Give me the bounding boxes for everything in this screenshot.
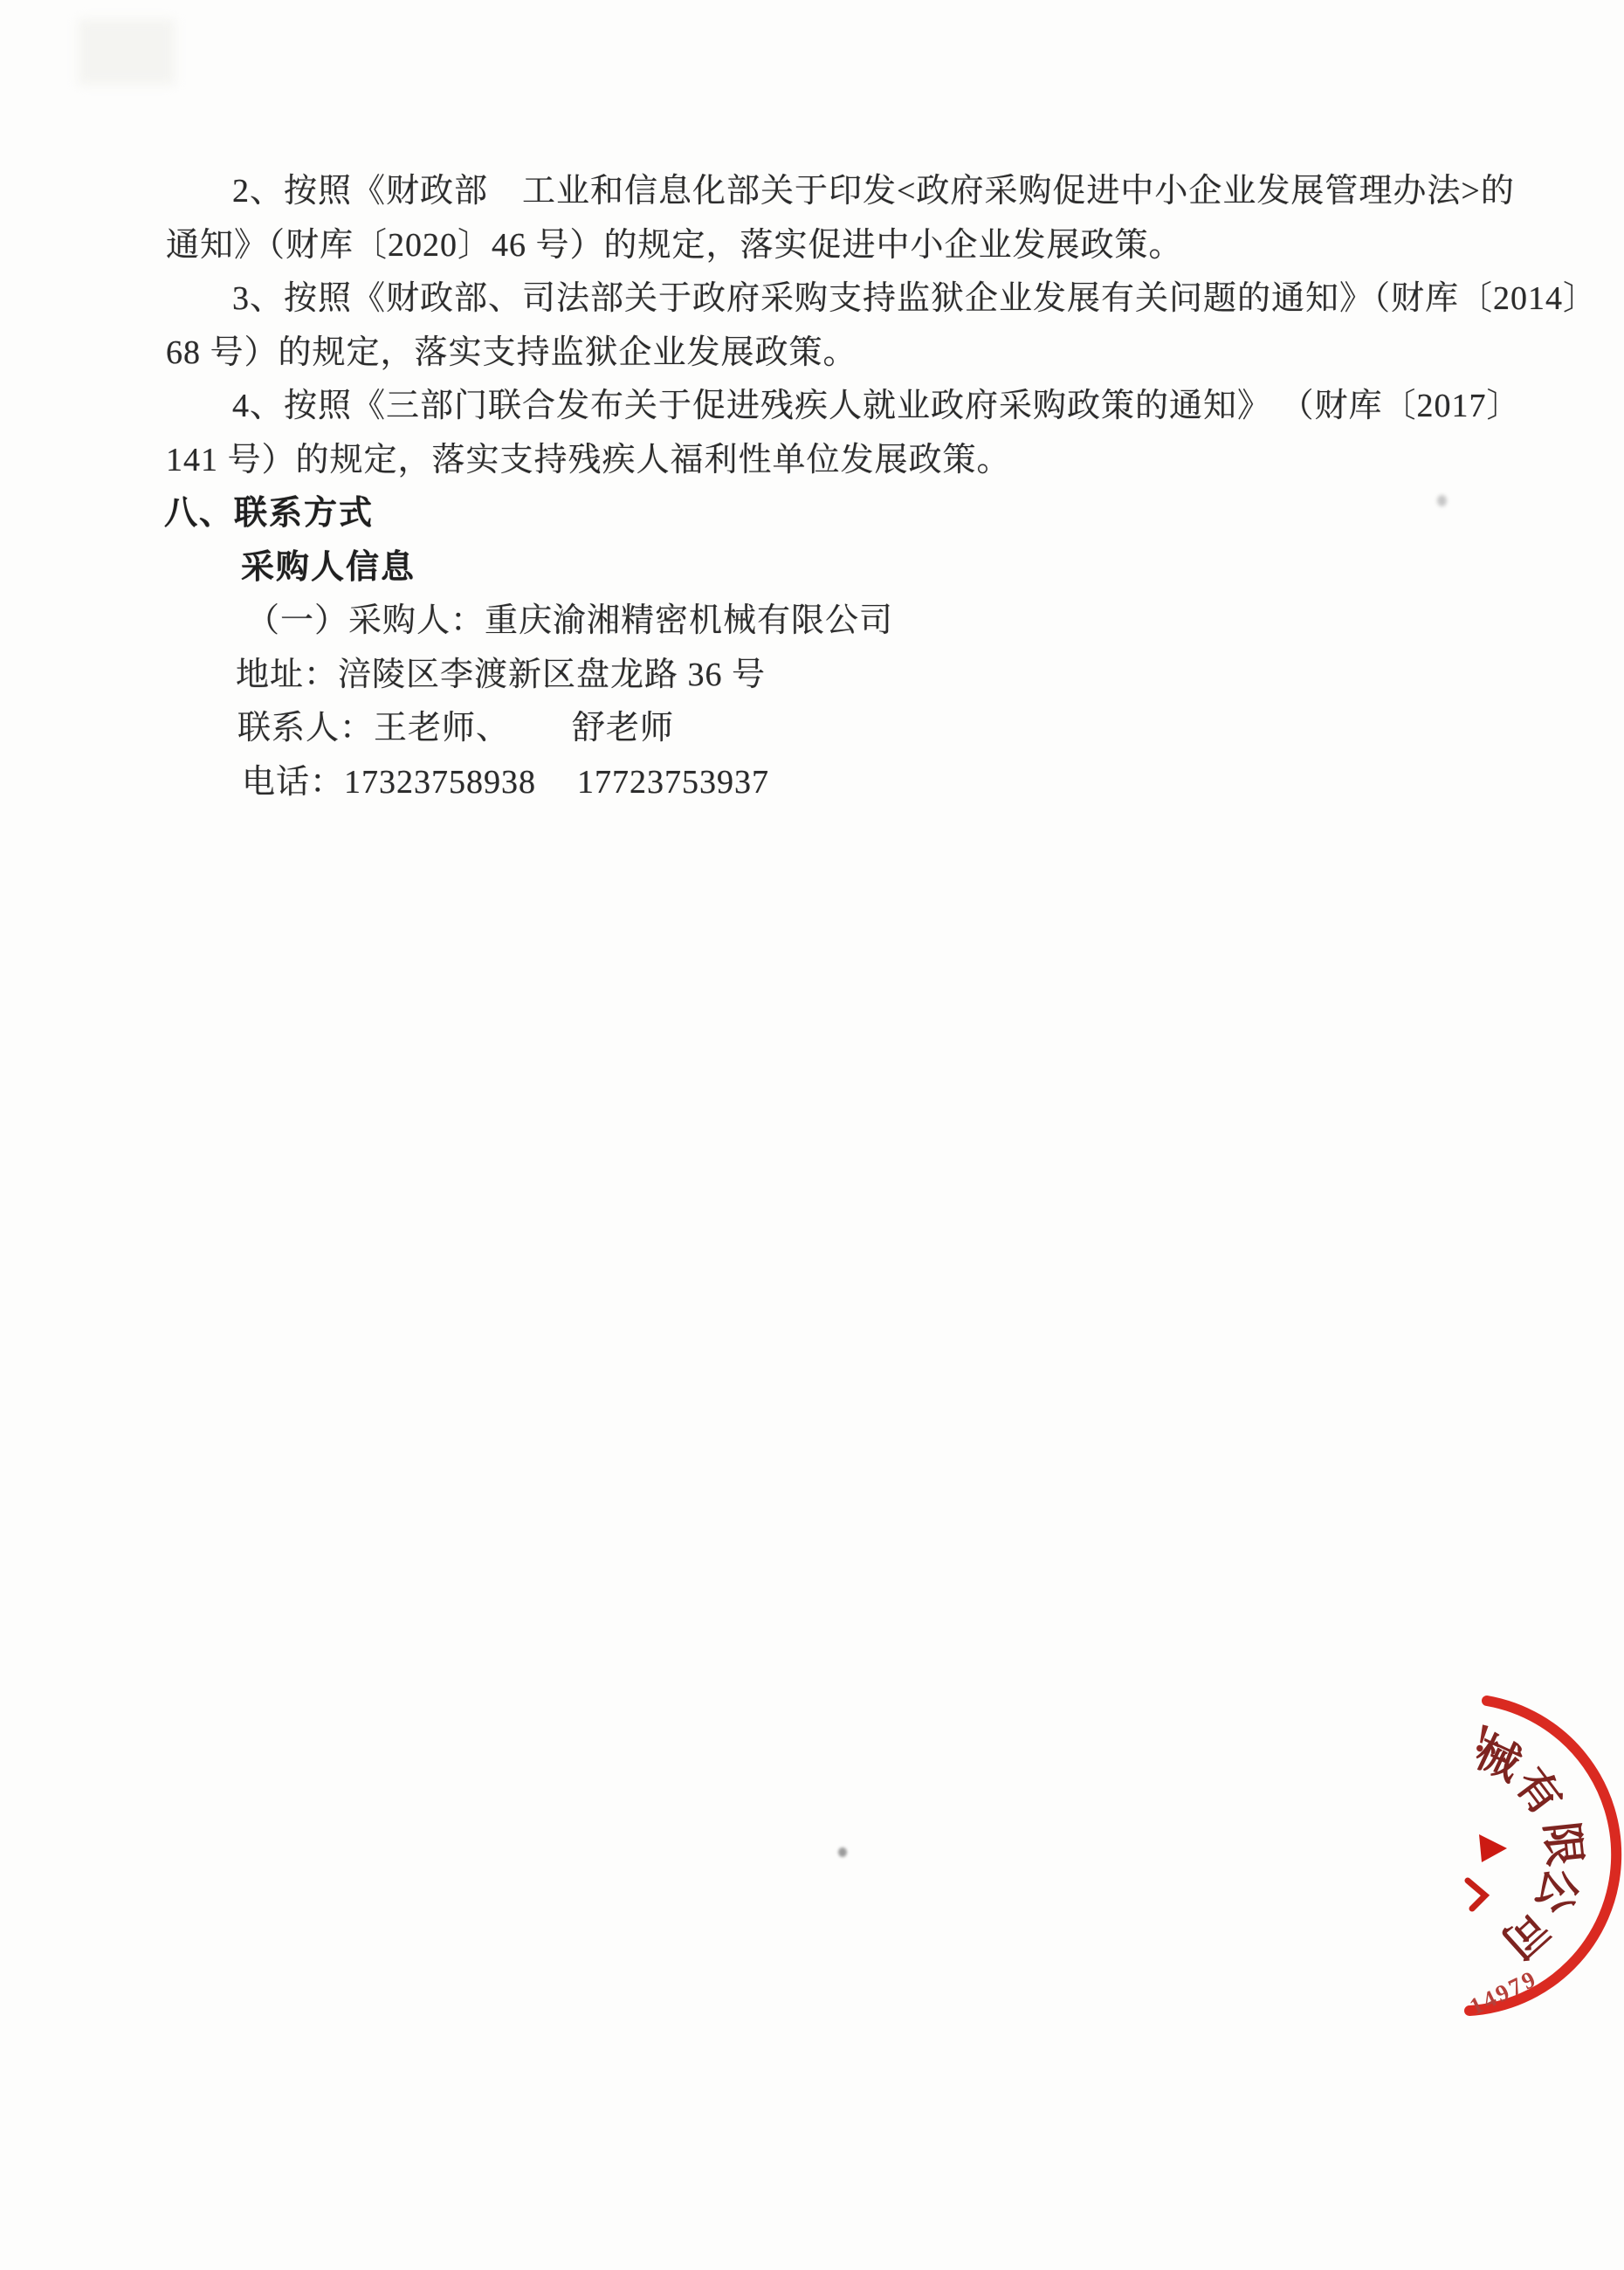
document-page: 2、按照《财政部 工业和信息化部关于印发<政府采购促进中小企业发展管理办法>的 … — [0, 0, 1624, 2270]
paragraph-3-line-2: 68 号）的规定，落实支持监狱企业发展政策。 — [166, 334, 857, 373]
buyer-name-line: （一）采购人：重庆渝湘精密机械有限公司 — [246, 602, 893, 641]
scan-speck — [838, 1847, 847, 1857]
seal-star-point — [1479, 1834, 1507, 1862]
seal-character: 公 — [1526, 1862, 1586, 1920]
paragraph-3-line-1: 3、按照《财政部、司法部关于政府采购支持监狱企业发展有关问题的通知》（财库〔20… — [232, 280, 1597, 319]
address-line: 地址：涪陵区李渡新区盘龙路 36 号 — [236, 657, 766, 695]
scan-smudge — [79, 19, 175, 85]
paragraph-4-line-1: 4、按照《三部门联合发布关于促进残疾人就业政府采购政策的通知》 （财库〔2017… — [232, 388, 1521, 426]
seal-character: 司 — [1493, 1902, 1559, 1967]
contact-person-first: 联系人：王老师、 — [237, 710, 510, 748]
phone-second: 17723753937 — [577, 764, 769, 802]
contact-person-second: 舒老师 — [572, 710, 674, 748]
buyer-info-heading: 采购人信息 — [241, 549, 416, 588]
section-heading-contact-info: 八、联系方式 — [164, 495, 374, 533]
paragraph-2-line-1: 2、按照《财政部 工业和信息化部关于印发<政府采购促进中小企业发展管理办法>的 — [232, 173, 1515, 211]
seal-serial-number: 14979 — [1465, 1964, 1541, 2019]
paragraph-4-line-2: 141 号）的规定，落实支持残疾人福利性单位发展政策。 — [166, 442, 1011, 480]
seal-star-fragment — [1468, 1881, 1485, 1909]
seal-character: 限 — [1537, 1819, 1590, 1868]
company-seal-stamp: ! 械 有 限 公 司 14979 — [1362, 1641, 1624, 2078]
scan-speck — [1437, 495, 1447, 506]
phone-first: 电话：17323758938 — [242, 764, 536, 802]
paragraph-2-line-2: 通知》（财库〔2020〕46 号）的规定，落实促进中小企业发展政策。 — [166, 227, 1183, 265]
